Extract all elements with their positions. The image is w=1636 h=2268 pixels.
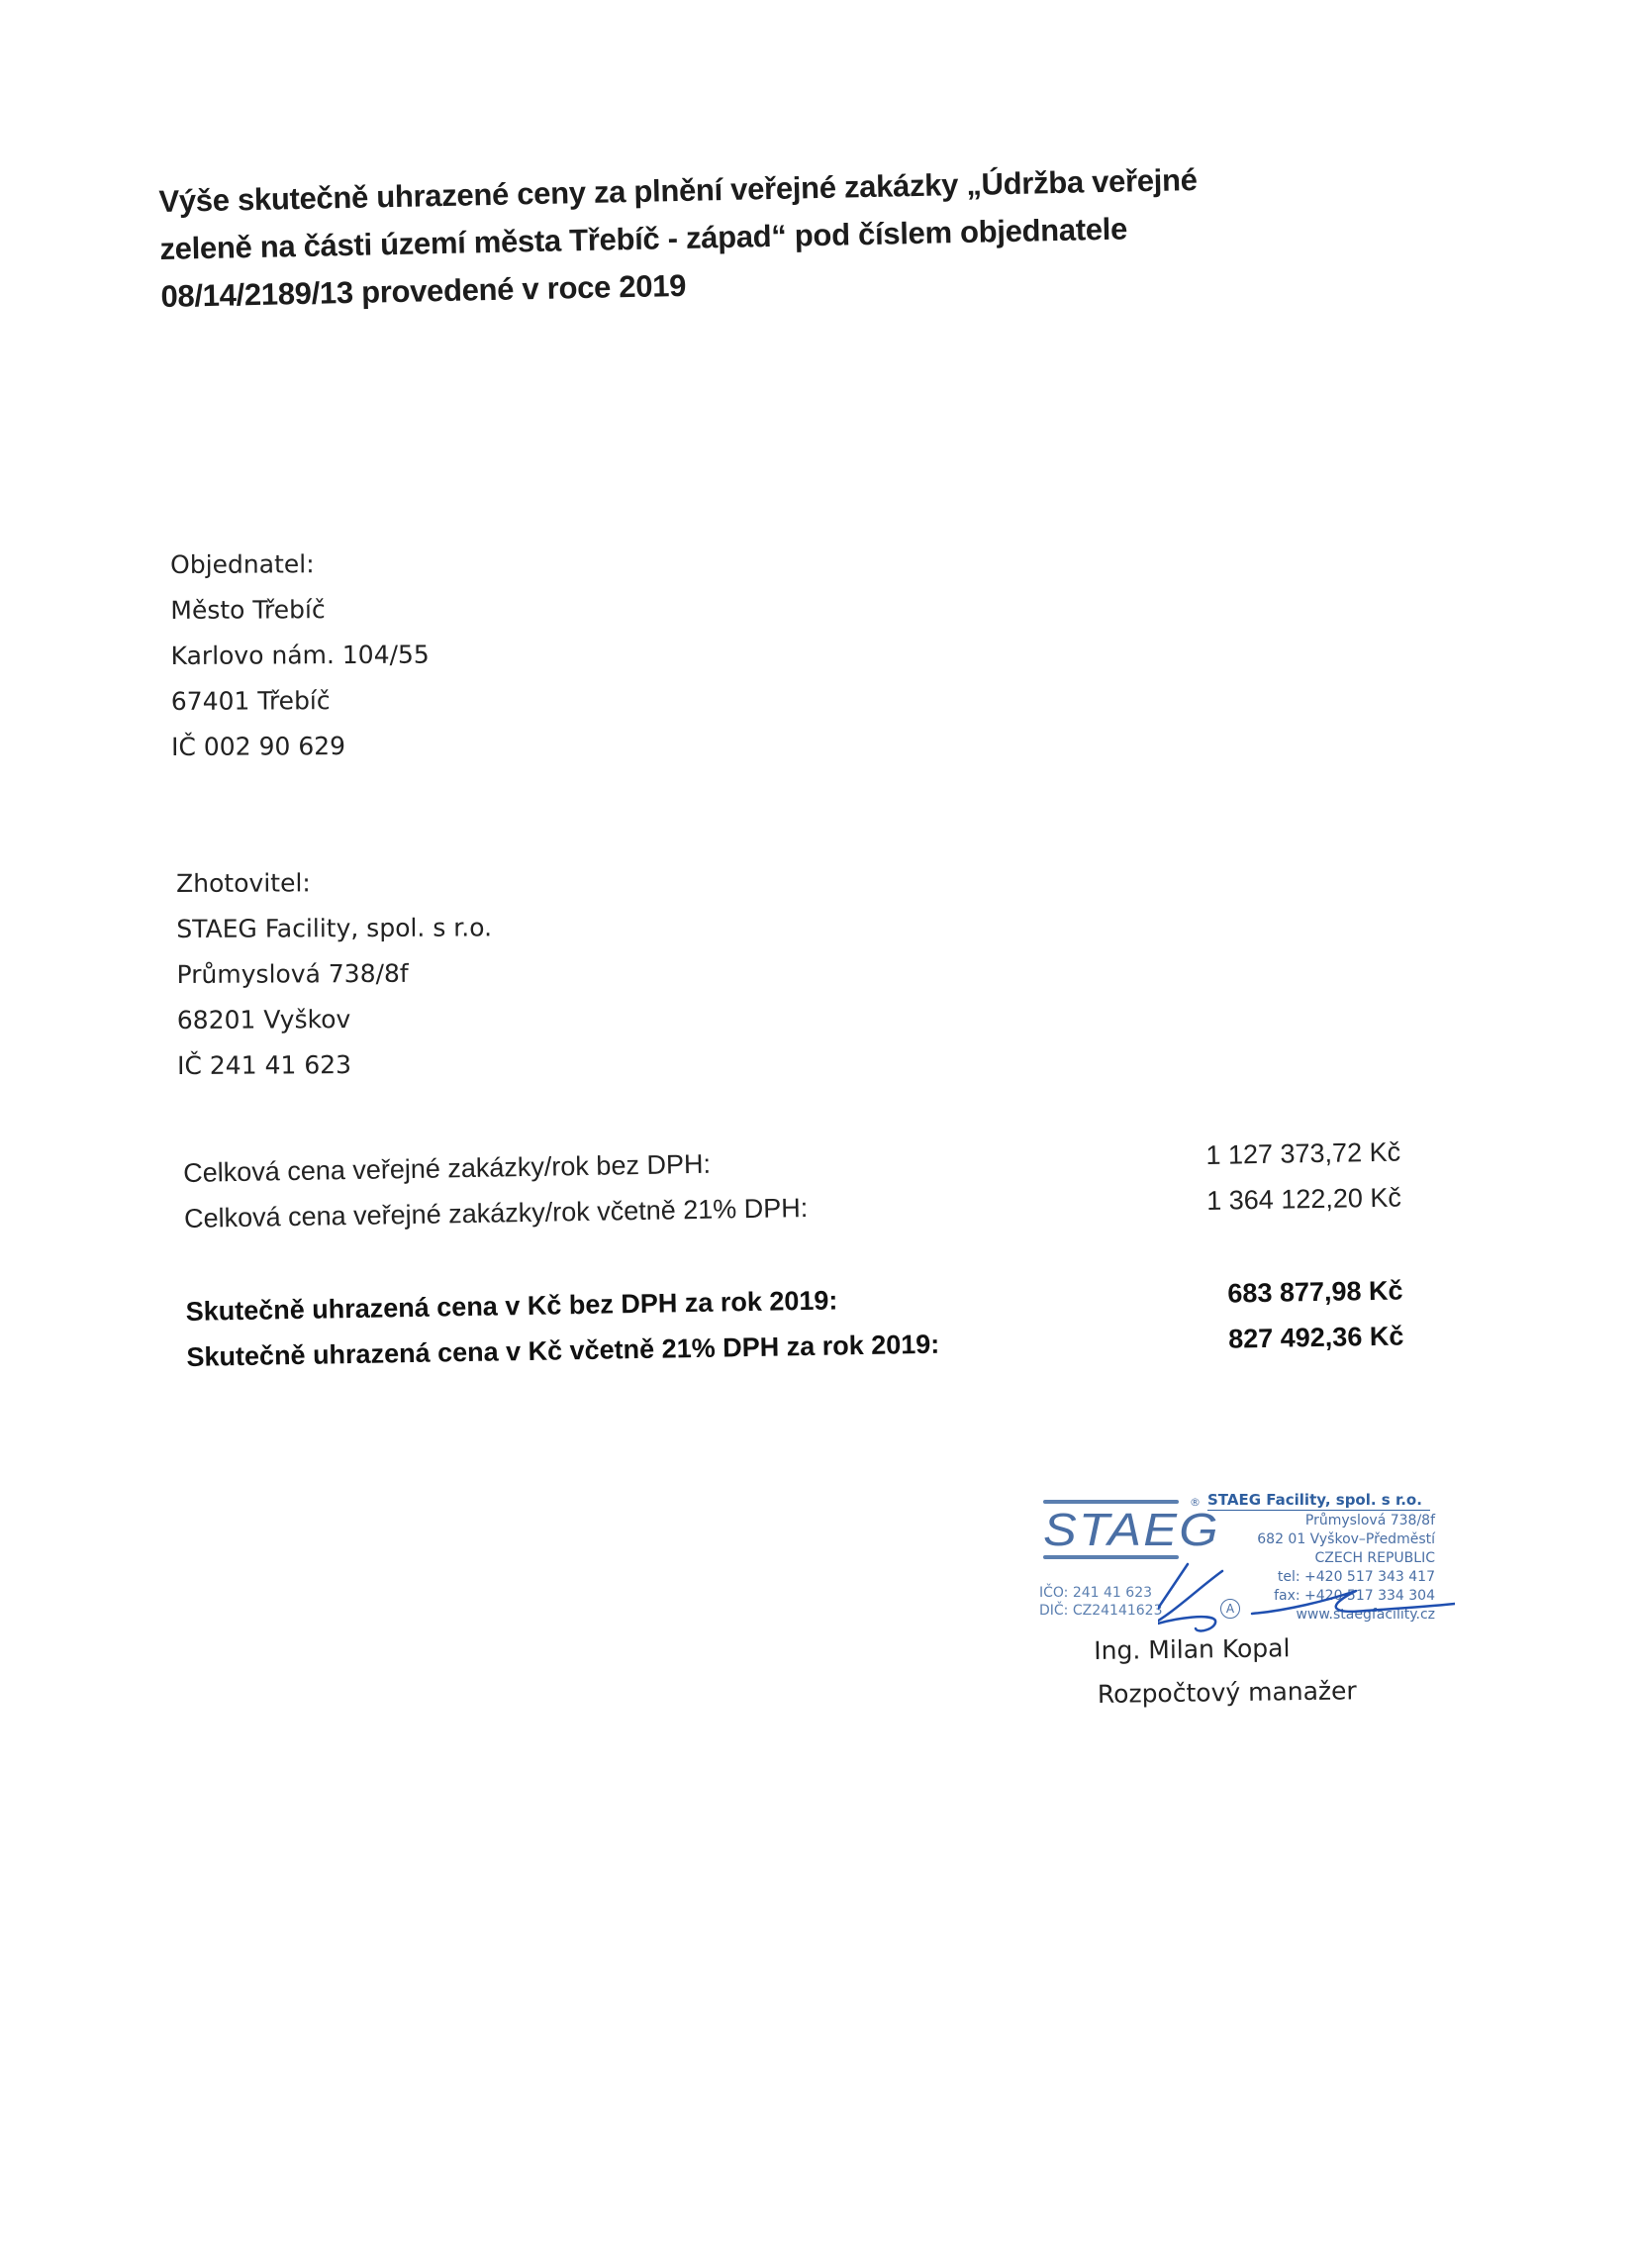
registered-mark-icon: ® [1190, 1496, 1201, 1509]
supplier-city: 68201 Vyškov [177, 996, 493, 1043]
buyer-heading: Objednatel: [170, 542, 429, 588]
buyer-name: Město Třebíč [170, 587, 429, 634]
signatory: Ing. Milan Kopal Rozpočtový manažer [1094, 1626, 1357, 1717]
document-page: Výše skutečně uhrazené ceny za plnění ve… [0, 0, 1636, 2268]
price-value: 1 364 122,20 Kč [1174, 1183, 1402, 1218]
price-value: 1 127 373,72 Kč [1173, 1137, 1401, 1172]
buyer-street: Karlovo nám. 104/55 [170, 633, 429, 679]
price-value: 683 877,98 Kč [1175, 1276, 1403, 1311]
signatory-role: Rozpočtový manažer [1095, 1669, 1357, 1717]
price-summary: Celková cena veřejné zakázky/rok bez DPH… [183, 1137, 1404, 1388]
supplier-street: Průmyslová 738/8f [176, 950, 492, 998]
stamp-address-line1: Průmyslová 738/8f [1178, 1512, 1435, 1530]
buyer-block: Objednatel: Město Třebíč Karlovo nám. 10… [170, 542, 430, 770]
signatory-name: Ing. Milan Kopal [1094, 1626, 1356, 1673]
supplier-name: STAEG Facility, spol. s r.o. [176, 905, 492, 952]
supplier-ic: IČ 241 41 623 [177, 1041, 493, 1089]
buyer-ic: IČ 002 90 629 [171, 724, 430, 770]
stamp-company-name: STAEG Facility, spol. s r.o. [1207, 1490, 1430, 1511]
supplier-heading: Zhotovitel: [176, 859, 492, 907]
price-label: Celková cena veřejné zakázky/rok bez DPH… [183, 1149, 711, 1189]
price-value: 827 492,36 Kč [1176, 1322, 1404, 1356]
staeg-logo: STAEG [1039, 1500, 1183, 1559]
buyer-city: 67401 Třebíč [171, 678, 430, 725]
stamp-dic: DIČ: CZ24141623 [1039, 1602, 1162, 1620]
stamp-ico: IČO: 241 41 623 [1039, 1584, 1162, 1602]
stamp-address-line2: 682 01 Vyškov–Předměstí [1178, 1530, 1435, 1549]
supplier-block: Zhotovitel: STAEG Facility, spol. s r.o.… [176, 859, 493, 1089]
document-title: Výše skutečně uhrazené ceny za plnění ve… [158, 153, 1329, 321]
stamp-ids: IČO: 241 41 623 DIČ: CZ24141623 [1039, 1584, 1162, 1620]
